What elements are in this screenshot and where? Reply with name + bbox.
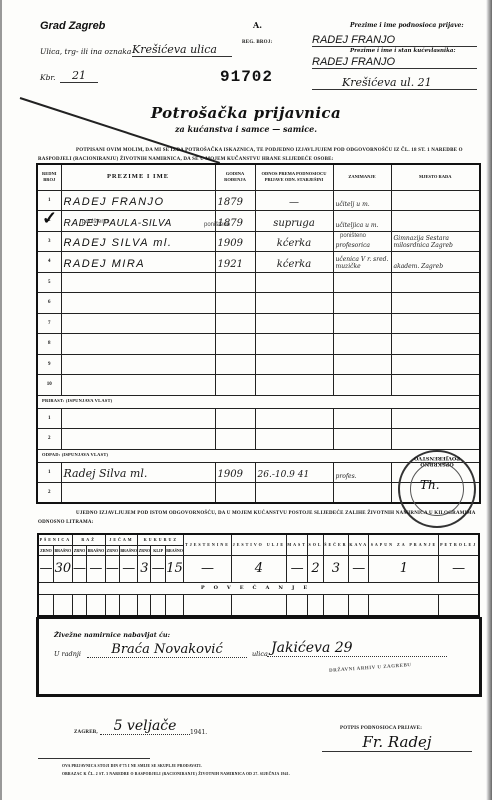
occupation: učiteljica u m.: [333, 211, 391, 232]
supply-value: 2: [308, 555, 324, 582]
shop-heading: Živežne namirnice nabavljat ću:: [54, 631, 170, 639]
row-no: 3: [37, 231, 61, 252]
sub-header: ZRNO: [105, 545, 120, 555]
persons-table: REDNI BROJ PREZIME I IME GODINA ROĐENJA …: [36, 163, 481, 504]
row-no: 7: [37, 313, 61, 334]
supply-value: —: [184, 555, 232, 582]
relation: supruga: [255, 211, 333, 232]
supplies-table: PŠENICA RAŽ JEČAM KUKURUZ TJESTENINE JES…: [37, 533, 480, 617]
stamp-signature: Th.: [420, 478, 440, 492]
col-header-occupation: ZANIMANJE: [333, 164, 391, 190]
cancel-stamp: poništeno: [82, 219, 108, 225]
form-title: Potrošačka prijavnica: [0, 104, 492, 122]
table-row: 2: [37, 429, 480, 450]
row-no: 1: [37, 408, 61, 429]
signature-label: POTPIS PODNOSIOCA PRIJAVE:: [340, 726, 422, 731]
shop-street-value: Jakićeva 29: [267, 640, 447, 657]
date-value: 5 veljače: [100, 718, 190, 735]
table-row: 10: [37, 375, 480, 396]
col-header: TJESTENINE: [184, 534, 232, 555]
group-header: RAŽ: [72, 534, 105, 545]
supply-value: 1: [369, 555, 439, 582]
supply-value: 30: [53, 555, 72, 582]
cancel-stamp: poništeno: [340, 233, 366, 239]
birth-year: 1921: [215, 252, 255, 273]
intro-declaration: POTPISANI OVIM MOLIM, DA MI SE IZDA POTR…: [38, 146, 484, 164]
occupation: učitelj u m.: [333, 190, 391, 211]
col-header: SAPUN ZA PRANJE: [369, 534, 439, 555]
applicant-label: Prezime i ime podnosioca prijave:: [350, 22, 464, 29]
table-row: 1 RADEJ FRANJO 1879 — učitelj u m.: [37, 190, 480, 211]
street-label: Ulica, trg- ili ina oznaka: [40, 47, 131, 56]
supply-value: —: [349, 555, 369, 582]
workplace: [391, 211, 480, 232]
col-header: MAST: [286, 534, 307, 555]
shop-label: U radnji: [54, 650, 81, 658]
supply-value: —: [87, 555, 105, 582]
signature-value: Fr. Radej: [322, 733, 472, 752]
archive-stamp: DRŽAVNI ARHIV U ZAGREBU: [329, 663, 412, 674]
footer-note-price: OVA PRIJAVNICA STOJI DIN 0'75 I NE SMIJE…: [62, 764, 202, 768]
increase-row: [38, 594, 479, 616]
birth-year: 1879: [215, 190, 255, 211]
house-number-value: 21: [60, 69, 98, 83]
row-no: 9: [37, 354, 61, 375]
relation: kćerka: [255, 231, 333, 252]
sub-header: ZRNO: [38, 545, 53, 555]
cancel-stamp: poništeno: [204, 222, 230, 228]
sub-header: ZRNO: [138, 545, 151, 555]
sub-header: BRAŠNO: [165, 545, 183, 555]
table-row: 9: [37, 354, 480, 375]
shop-box: Živežne namirnice nabavljat ću: U radnji…: [36, 617, 482, 697]
row-no: 4: [37, 252, 61, 273]
row-no: 6: [37, 293, 61, 314]
table-row: 7: [37, 313, 480, 334]
city-heading: Grad Zagreb: [40, 20, 105, 32]
col-header: PETROLEJ: [439, 534, 479, 555]
supply-value: —: [286, 555, 307, 582]
householder-label: Prezime i ime i stan kućevlasnika:: [350, 48, 456, 54]
arrival-section-header: PRIRAST: (ispunjava vlast): [37, 395, 480, 408]
col-header: SOL: [308, 534, 324, 555]
row-no: 2: [37, 483, 61, 504]
row-no: 10: [37, 375, 61, 396]
col-header-birth: GODINA ROĐENJA: [215, 164, 255, 190]
year-value: 1941.: [190, 729, 207, 736]
supply-value: —: [38, 555, 53, 582]
col-header-no: REDNI BROJ: [37, 164, 61, 190]
persons-table-header: REDNI BROJ PREZIME I IME GODINA ROĐENJA …: [37, 164, 480, 190]
birth-year: 1909: [215, 231, 255, 252]
reg-number-label: REG. BROJ:: [242, 40, 272, 45]
row-no: 5: [37, 272, 61, 293]
col-header-workplace: MJESTO RADA: [391, 164, 480, 190]
place-label: ZAGREB,: [74, 730, 98, 735]
row-no: 1: [37, 462, 61, 483]
occupation: učenica V r. sred. muzičke: [333, 252, 391, 273]
supply-value: 3: [323, 555, 348, 582]
table-row: 4 RADEJ MIRA 1921 kćerka učenica V r. sr…: [37, 252, 480, 273]
shop-street-label: ulica: [252, 650, 268, 658]
person-name: RADEJ FRANJO: [61, 190, 215, 211]
form-letter: A.: [253, 20, 262, 30]
house-number-label: Kbr.: [40, 73, 56, 82]
supply-value: 4: [231, 555, 286, 582]
group-header: KUKURUZ: [138, 534, 184, 545]
arrival-label: PRIRAST: (ispunjava vlast): [37, 395, 480, 408]
person-name: Radej Silva ml.: [61, 462, 215, 483]
sub-header: BRAŠNO: [53, 545, 72, 555]
person-name: RADEJ SILVA ml.: [61, 231, 215, 252]
col-header: ŠEĆER: [323, 534, 348, 555]
table-row: 8: [37, 334, 480, 355]
supply-value: —: [72, 555, 87, 582]
departure-date: 26.-10.9 41: [255, 462, 333, 483]
form-subtitle: za kućanstva i samce — samice.: [0, 124, 492, 134]
workplace: akadem. Zagreb: [391, 252, 480, 273]
supply-value: —: [105, 555, 120, 582]
shop-value: Braća Novaković: [87, 642, 247, 658]
relation: kćerka: [255, 252, 333, 273]
householder-name: RADEJ FRANJO: [312, 56, 477, 69]
row-no: 2: [37, 429, 61, 450]
col-header: KAVA: [349, 534, 369, 555]
checkmark-icon: ✓: [42, 208, 57, 229]
supply-value: 15: [165, 555, 183, 582]
table-row: 3 RADEJ SILVA ml. 1909 kćerka profesoric…: [37, 231, 480, 252]
workplace: [391, 190, 480, 211]
supply-value: —: [151, 555, 166, 582]
birth-year: 1909: [215, 462, 255, 483]
col-header-name: PREZIME I IME: [61, 164, 215, 190]
sub-header: BRAŠNO: [87, 545, 105, 555]
workplace: Gimnazija Sestara milosrdnica Zagreb: [391, 231, 480, 252]
table-row: 1: [37, 408, 480, 429]
person-name: RADEJ MIRA: [61, 252, 215, 273]
col-header-relation: ODNOS PREMA PODNOSIOCU PRIJAVE ODN. STAR…: [255, 164, 333, 190]
street-value: Krešićeva ulica: [132, 43, 232, 57]
reg-number: 91702: [220, 68, 273, 86]
footer-note-regulation: OBRAZAC K ČL. 2 ST. 3 NAREDBE O RASPODJE…: [62, 772, 290, 776]
relation: —: [255, 190, 333, 211]
occupation: profes.: [333, 462, 391, 483]
supply-value: —: [439, 555, 479, 582]
sub-header: BRAŠNO: [120, 545, 138, 555]
row-no: 8: [37, 334, 61, 355]
sub-header: KLIP: [151, 545, 166, 555]
table-row: 5: [37, 272, 480, 293]
supplies-values-row: — 30 — — — — 3 — 15 — 4 — 2 3 — 1 —: [38, 555, 479, 582]
footer-divider: [38, 758, 150, 759]
applicant-value: RADEJ FRANJO: [312, 34, 477, 47]
group-header: PŠENICA: [38, 534, 72, 545]
sub-header: ZRNO: [72, 545, 87, 555]
table-row: 6: [37, 293, 480, 314]
householder-address: Krešićeva ul. 21: [312, 76, 477, 90]
increase-label: POVEĆANJE: [38, 582, 479, 594]
supplies-declaration: UJEDNO IZJAVLJUJEM POD ISTOM ODGOVORNOŠĆ…: [38, 509, 484, 527]
supply-value: 3: [138, 555, 151, 582]
group-header: JEČAM: [105, 534, 138, 545]
supply-value: —: [120, 555, 138, 582]
col-header: JESTIVO ULJE: [231, 534, 286, 555]
